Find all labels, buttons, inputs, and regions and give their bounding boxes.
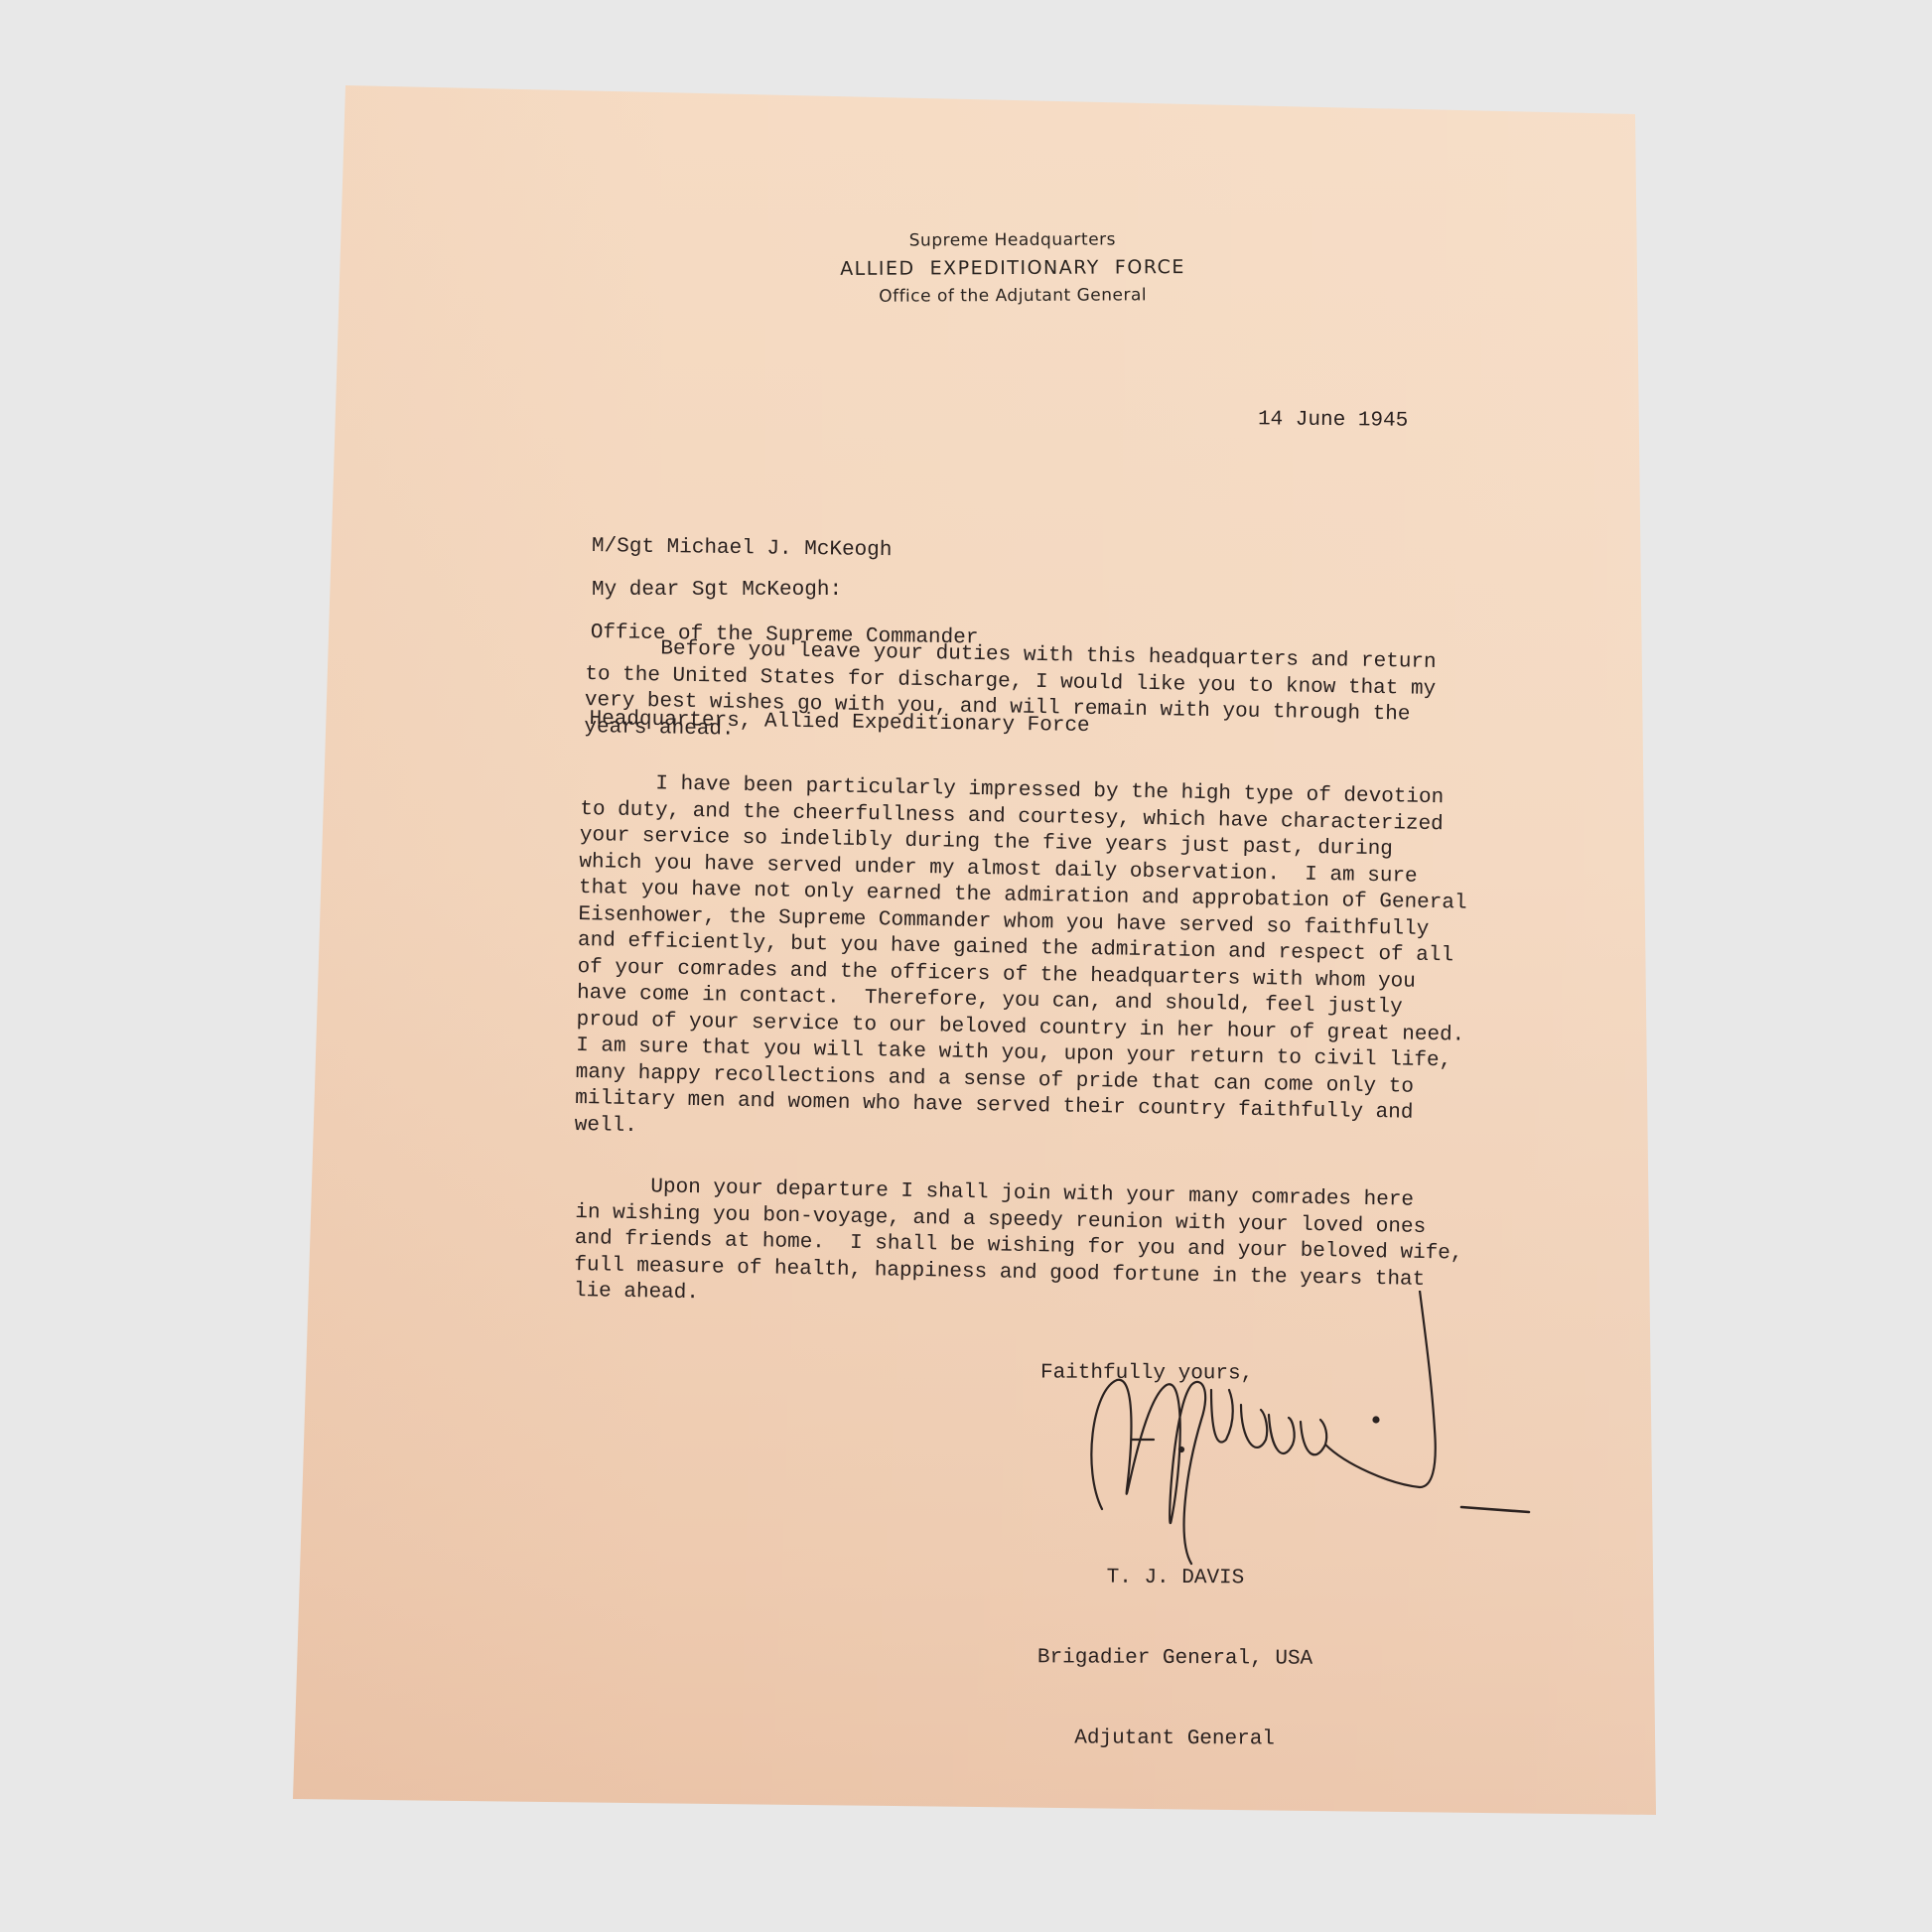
signer-name: T. J. DAVIS <box>1037 1564 1312 1591</box>
signer-rank: Brigadier General, USA <box>1037 1644 1312 1672</box>
salutation: My dear Sgt McKeogh: <box>592 579 842 602</box>
letter-date: 14 June 1945 <box>1258 408 1408 433</box>
letterhead: Supreme Headquarters ALLIED EXPEDITIONAR… <box>834 225 1191 311</box>
signature-block: T. J. DAVIS Brigadier General, USA Adjut… <box>1036 1510 1313 1779</box>
letterhead-line-1: Supreme Headquarters <box>834 225 1191 255</box>
body-paragraph-1: Before you leave your duties with this h… <box>584 635 1437 756</box>
recipient-line-1: M/Sgt Michael J. McKeogh <box>592 532 1092 568</box>
letterhead-line-2: ALLIED EXPEDITIONARY FORCE <box>834 253 1191 283</box>
body-paragraph-2: I have been particularly impressed by th… <box>575 770 1469 1155</box>
letterhead-line-3: Office of the Adjutant General <box>834 281 1191 311</box>
signer-title: Adjutant General <box>1036 1725 1311 1752</box>
